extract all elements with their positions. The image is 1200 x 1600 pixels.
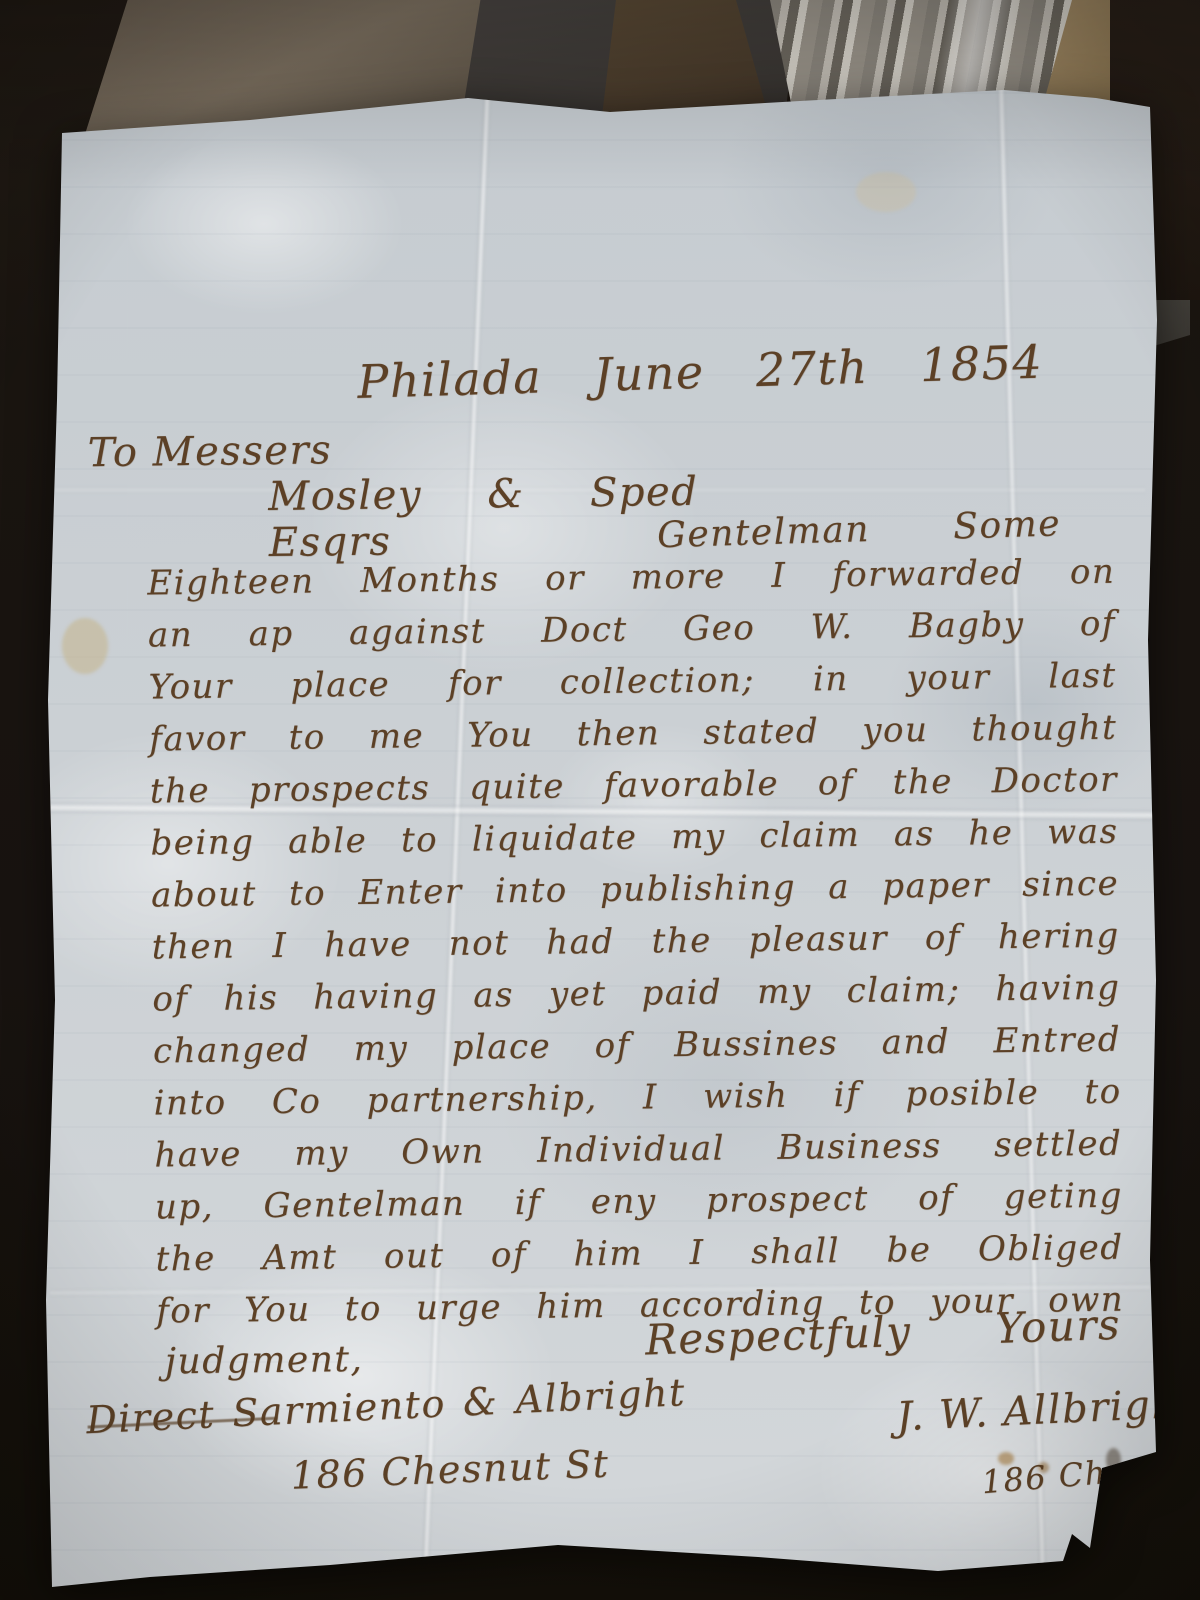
body-line: the Amt out of him I shall be Obliged <box>155 1228 1123 1280</box>
dateline: Philada June 27th 1854 <box>357 335 1044 409</box>
body-line: changed my place of Bussines and Entred <box>153 1020 1121 1072</box>
body-line: an ap against Doct Geo W. Bagby of <box>148 604 1116 656</box>
body-line: Your place for collection; in your last <box>148 656 1116 708</box>
body-line: into Co partnership, I wish if posible t… <box>153 1072 1121 1124</box>
salutation-line-2: Mosley & Sped Esqrs <box>268 469 699 566</box>
body-line: then I have not had the pleasur of herin… <box>152 916 1120 968</box>
handwritten-text: Philada June 27th 1854 To Messers Mosley… <box>0 0 1200 1600</box>
salutation-line-1: To Messers <box>87 427 332 476</box>
signature-address: 186 Chesnut St <box>980 1441 1200 1501</box>
body-line: favor to me You then stated you thought <box>149 708 1117 760</box>
salutation-line-3: Gentelman Some <box>657 503 1062 556</box>
body-line: being able to liquidate my claim as he w… <box>150 812 1118 864</box>
body-line: up, Gentelman if eny prospect of geting <box>155 1176 1123 1228</box>
letter-paper-wrap: Philada June 27th 1854 To Messers Mosley… <box>0 0 1200 1600</box>
direction-line-2: 186 Chesnut St <box>290 1442 610 1498</box>
body-line: of his having as yet paid my claim; havi… <box>152 968 1120 1020</box>
body-line: have my Own Individual Business settled <box>154 1124 1122 1176</box>
photo-background: Philada June 27th 1854 To Messers Mosley… <box>0 0 1200 1600</box>
body-line: the prospects quite favorable of the Doc… <box>150 760 1118 812</box>
body-line: judgment, <box>165 1339 364 1382</box>
body-line: about to Enter into publishing a paper s… <box>151 864 1119 916</box>
signature-name: J. W. Allbright <box>895 1380 1197 1440</box>
letter-paper: Philada June 27th 1854 To Messers Mosley… <box>0 0 1200 1600</box>
